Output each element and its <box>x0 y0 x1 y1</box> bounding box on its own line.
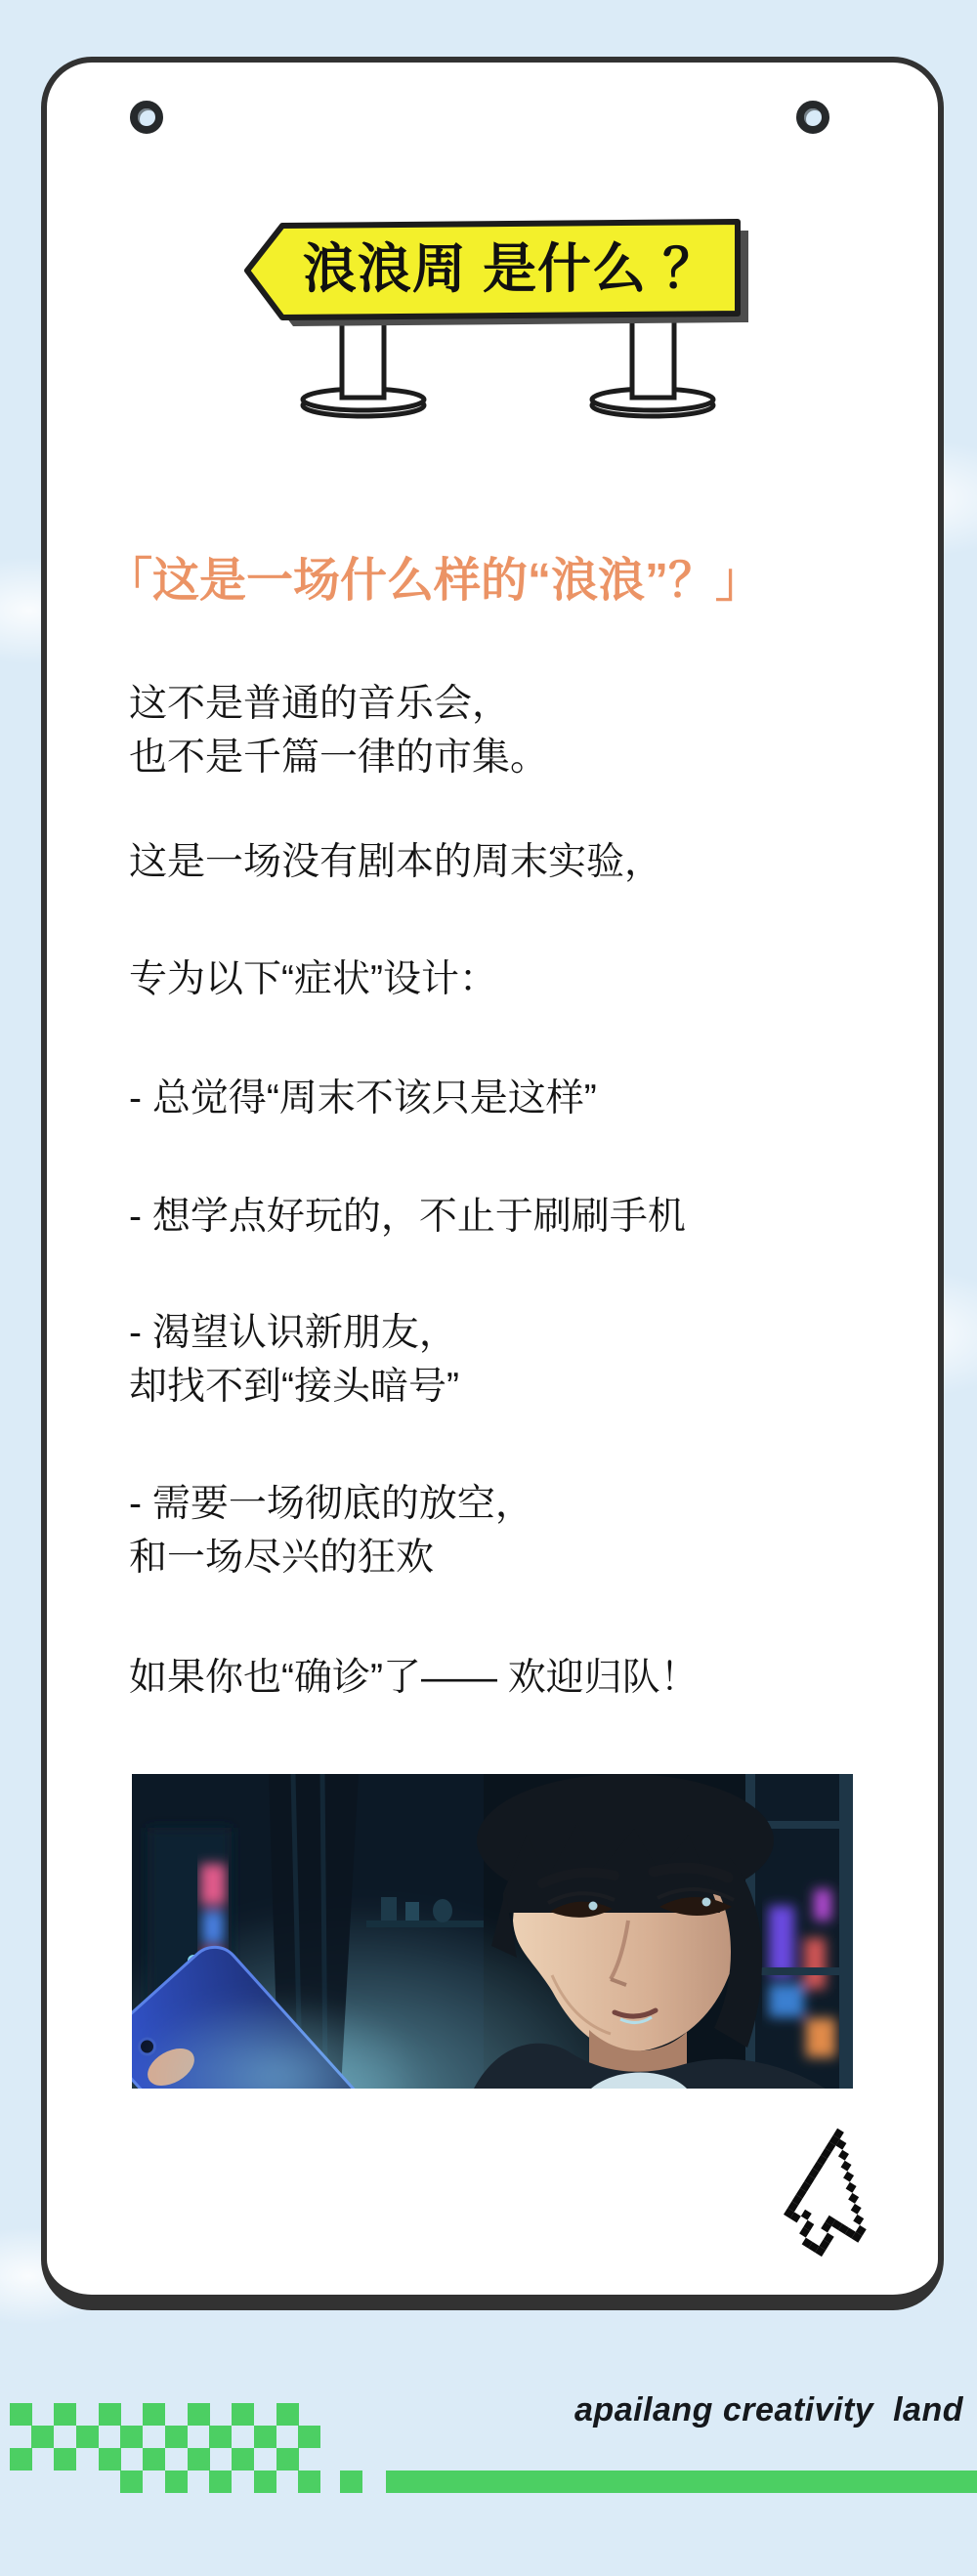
pixel-square <box>10 2403 32 2426</box>
paragraph-line: 也不是千篇一律的市集。 <box>129 731 940 784</box>
pixel-square <box>298 2470 320 2493</box>
brand-text: apailang creativity land <box>574 2391 963 2429</box>
section-heading: 「这是一场什么样的“浪浪”？」 <box>106 542 946 610</box>
signboard: 浪浪周 是什么 ？ <box>233 214 780 424</box>
paragraph-line: - 想学点好玩的，不止于刷刷手机 <box>129 1190 940 1244</box>
paragraph: 这不是普通的音乐会，也不是千篇一律的市集。 <box>129 677 940 784</box>
paragraph-line: - 总觉得“周末不该只是这样” <box>129 1072 940 1125</box>
footer-accent-bar <box>386 2470 977 2493</box>
pixel-square <box>99 2403 121 2426</box>
pixel-square <box>209 2426 232 2448</box>
pixel-square <box>298 2426 320 2448</box>
pixel-square <box>232 2403 254 2426</box>
paragraph: - 需要一场彻底的放空，和一场尽兴的狂欢 <box>129 1477 940 1584</box>
paragraph-line: - 需要一场彻底的放空， <box>129 1477 940 1531</box>
pixel-square <box>232 2448 254 2470</box>
paragraph-line: 和一场尽兴的狂欢 <box>129 1531 940 1584</box>
pixel-square <box>54 2448 76 2470</box>
paragraph: - 想学点好玩的，不止于刷刷手机 <box>129 1190 940 1244</box>
paragraph-line: 却找不到“接头暗号” <box>129 1360 940 1414</box>
paragraph: 专为以下“症状”设计： <box>129 952 940 1006</box>
pixel-square <box>76 2426 99 2448</box>
paragraph-line: - 渴望认识新朋友， <box>129 1306 940 1360</box>
pixel-square <box>120 2426 143 2448</box>
pixel-square <box>188 2448 210 2470</box>
paragraph-line: 这是一场没有剧本的周末实验， <box>129 835 940 889</box>
paragraph-line: 如果你也“确诊”了—— 欢迎归队！ <box>129 1651 940 1705</box>
pixel-square <box>276 2403 299 2426</box>
punch-hole-left-icon <box>130 101 163 134</box>
sign-label: 浪浪周 是什么 ？ <box>303 238 718 299</box>
pixel-square <box>143 2403 165 2426</box>
pixel-square <box>143 2448 165 2470</box>
punch-hole-right-icon <box>796 101 829 134</box>
pixel-square <box>254 2470 276 2493</box>
hero-image <box>132 1774 853 2089</box>
pixel-cursor-icon <box>775 2129 916 2278</box>
pixel-square <box>276 2448 299 2470</box>
paragraph: 这是一场没有剧本的周末实验， <box>129 835 940 889</box>
paragraph-line: 这不是普通的音乐会， <box>129 677 940 731</box>
pixel-square <box>99 2448 121 2470</box>
pixel-square <box>188 2403 210 2426</box>
pixel-square <box>165 2426 188 2448</box>
paragraph-line: 专为以下“症状”设计： <box>129 952 940 1006</box>
pixel-square <box>165 2470 188 2493</box>
paragraph: 如果你也“确诊”了—— 欢迎归队！ <box>129 1651 940 1705</box>
pixel-square <box>120 2470 143 2493</box>
poster-card: 浪浪周 是什么 ？ 「这是一场什么样的“浪浪”？」 这不是普通的音乐会，也不是千… <box>41 57 944 2310</box>
pixel-square <box>209 2470 232 2493</box>
pixel-square <box>340 2470 362 2493</box>
paragraph: - 渴望认识新朋友，却找不到“接头暗号” <box>129 1306 940 1414</box>
paragraph: - 总觉得“周末不该只是这样” <box>129 1072 940 1125</box>
pixel-square <box>254 2426 276 2448</box>
pixel-square <box>54 2403 76 2426</box>
hero-illustration <box>132 1774 853 2089</box>
poster-page: { "page": { "background_color": "#DBEBF7… <box>0 0 977 2576</box>
pixel-square <box>31 2426 54 2448</box>
pixel-square <box>10 2448 32 2470</box>
